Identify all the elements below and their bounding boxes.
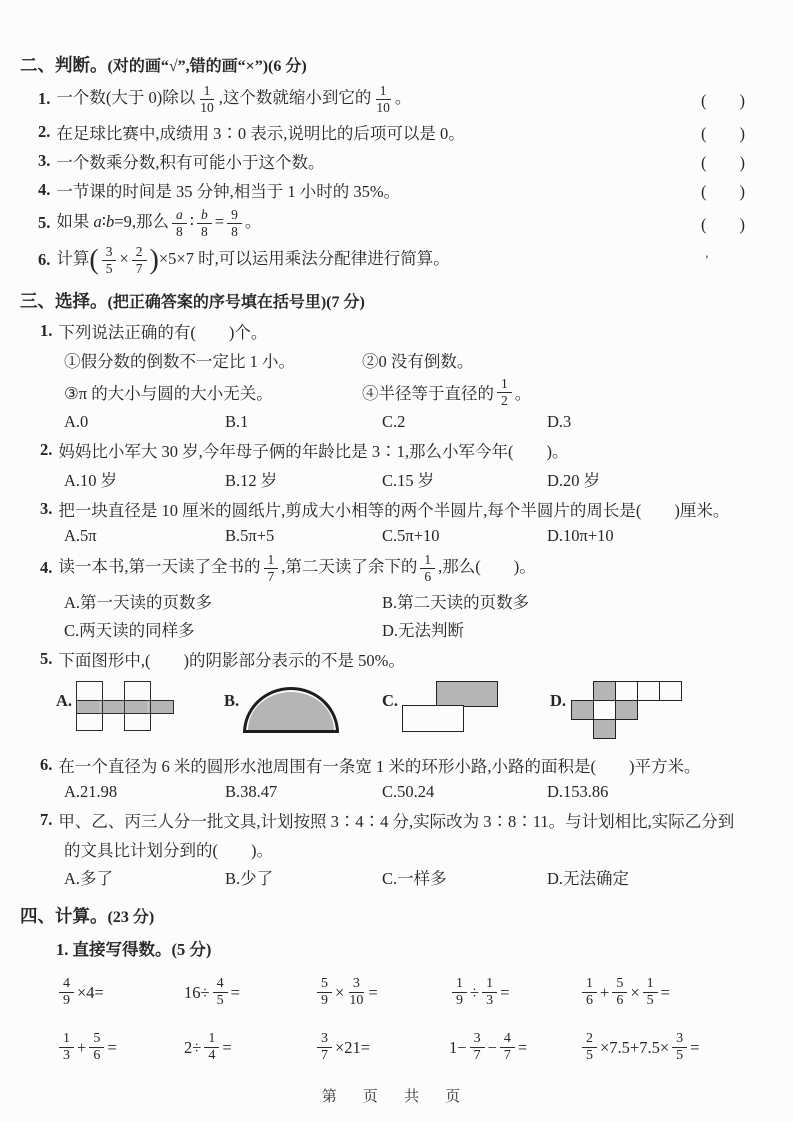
judge-item-1-text: 一个数(大于 0)除以110,这个数就缩小到它的110。	[56, 83, 701, 115]
judge-item-2-text: 在足球比赛中,成绩用 3∶0 表示,说明比的后项可以是 0。	[56, 120, 701, 144]
operator-text: 16÷	[184, 983, 210, 1003]
fraction-denominator: 6	[422, 569, 433, 585]
question-text: 在一个直径为 6 米的圆形水池周围有一条宽 1 米的环形小路,小路的面积是( )…	[58, 753, 700, 777]
fraction-denominator: 5	[674, 1048, 685, 1064]
fraction-numerator: 1	[59, 1031, 74, 1048]
section-choice-note: (把正确答案的序号填在括号里)(7 分)	[108, 294, 365, 311]
choice-q1-options: A.0 B.1 C.2 D.3	[64, 412, 749, 432]
fraction-denominator: 10	[374, 100, 392, 116]
expression-10: 25×7.5+7.5×35=	[579, 1031, 749, 1064]
expression-9: 1−37−47=	[449, 1031, 579, 1064]
fraction: 16	[420, 552, 435, 584]
fraction-denominator: 10	[347, 993, 365, 1009]
answer-bracket: ( )	[701, 87, 745, 111]
section-calc-note: (23 分)	[108, 909, 155, 926]
judge-item-3-text: 一个数乘分数,积有可能小于这个数。	[56, 149, 701, 173]
fraction-numerator: 1	[482, 976, 497, 993]
judge-item-4-text: 一节课的时间是 35 分钟,相当于 1 小时的 35%。	[56, 178, 701, 202]
fraction-numerator: 3	[349, 976, 364, 993]
text-segment: ,第二天读了余下的	[281, 557, 417, 576]
shaded-cell	[593, 719, 616, 739]
fraction-denominator: 6	[91, 1048, 102, 1064]
option-d: D.无法判断	[382, 617, 749, 641]
operator-text: =	[661, 983, 670, 1003]
fraction: 12	[497, 376, 512, 408]
judge-item-1: 1. 一个数(大于 0)除以110,这个数就缩小到它的110。 ( )	[20, 83, 749, 115]
fraction-denominator: 7	[472, 1048, 483, 1064]
choice-q1-stem: 1. 下列说法正确的有( )个。	[40, 319, 749, 343]
fraction: 37	[317, 1031, 332, 1064]
fraction-denominator: 9	[61, 993, 72, 1009]
option-c: C.一样多	[382, 865, 547, 889]
expression-1: 49×4=	[56, 976, 184, 1009]
option-c: C.5π+10	[382, 526, 547, 546]
operator-text: ÷	[470, 983, 479, 1003]
option-b: B.12 岁	[225, 467, 382, 491]
section-choice-title: 三、选择。	[20, 291, 108, 311]
calc-subheader-text: 1. 直接写得数。	[56, 940, 172, 959]
option-b: B.38.47	[225, 782, 382, 802]
fraction: 45	[213, 976, 228, 1009]
judge-item-6: 6. 计算(35×27)×5×7 时,可以运用乘法分配律进行简算。 ’	[20, 244, 749, 276]
fraction: 15	[643, 976, 658, 1009]
question-text: 读一本书,第一天读了全书的17,第二天读了余下的16,那么( )。	[58, 552, 535, 584]
question-number: 7.	[40, 810, 52, 830]
choice-q6-stem: 6. 在一个直径为 6 米的圆形水池周围有一条宽 1 米的环形小路,小路的面积是…	[40, 753, 749, 777]
text-segment: 如果	[56, 212, 89, 231]
section-judge-title: 二、判断。	[20, 55, 108, 75]
section-calc-header: 四、计算。(23 分)	[20, 903, 749, 928]
section-choice-header: 三、选择。(把正确答案的序号填在括号里)(7 分)	[20, 288, 749, 313]
option-b: B.1	[225, 412, 382, 432]
choice-q7-options: A.多了 B.少了 C.一样多 D.无法确定	[64, 865, 749, 889]
fraction-numerator: 2	[582, 1031, 597, 1048]
option-c: C.2	[382, 412, 547, 432]
fraction-denominator: 2	[499, 393, 510, 409]
substatement-2: ②0 没有倒数。	[362, 348, 660, 372]
fraction-denominator: 10	[198, 100, 216, 116]
choice-q3-options: A.5π B.5π+5 C.5π+10 D.10π+10	[64, 526, 749, 546]
choice-q5-figures: A. B. C. D.	[56, 679, 749, 743]
question-number: 3.	[40, 499, 52, 519]
choice-q2-options: A.10 岁 B.12 岁 C.15 岁 D.20 岁	[64, 467, 749, 491]
question-number: 4.	[40, 558, 52, 578]
substatement-4: ④半径等于直径的12。	[362, 376, 660, 408]
option-b: B.5π+5	[225, 526, 382, 546]
fraction-denominator: 3	[61, 1048, 72, 1064]
fraction-numerator: 3	[672, 1031, 687, 1048]
choice-q6-options: A.21.98 B.38.47 C.50.24 D.153.86	[64, 782, 749, 802]
fraction-denominator: 8	[199, 224, 210, 240]
fraction-numerator: a	[172, 207, 187, 224]
white-rectangle	[402, 705, 464, 732]
fraction-numerator: 4	[59, 976, 74, 993]
text-segment: =9,那么	[114, 212, 169, 231]
fraction-numerator: 4	[213, 976, 228, 993]
fraction: 25	[582, 1031, 597, 1064]
text-segment: ×5×7 时,可以运用乘法分配律进行简算。	[159, 249, 450, 268]
option-a: A.0	[64, 412, 225, 432]
fraction-numerator: 1	[376, 83, 391, 100]
substatement-1: ①假分数的倒数不一定比 1 小。	[64, 348, 362, 372]
option-d: D.20 岁	[547, 467, 749, 491]
exam-page: 二、判断。(对的画“√”,错的画“×”)(6 分) 1. 一个数(大于 0)除以…	[0, 0, 793, 1122]
fraction-denominator: 7	[319, 1048, 330, 1064]
fraction: 19	[452, 976, 467, 1009]
fraction: a8	[172, 207, 187, 239]
fraction-denominator: 5	[104, 261, 115, 277]
calc-subheader-note: (5 分)	[172, 940, 212, 959]
fraction-denominator: 7	[502, 1048, 513, 1064]
text-segment: 。	[395, 88, 412, 107]
judge-item-3: 3. 一个数乘分数,积有可能小于这个数。 ( )	[20, 149, 749, 173]
fraction: 13	[482, 976, 497, 1009]
choice-q3-stem: 3. 把一块直径是 10 厘米的圆纸片,剪成大小相等的两个半圆片,每个半圆片的周…	[40, 497, 749, 521]
text-segment: 计算	[56, 249, 89, 268]
figure-a-box-net-diagram	[76, 681, 176, 733]
option-a: A.10 岁	[64, 467, 225, 491]
fraction-denominator: 3	[484, 993, 495, 1009]
choice-q4-options-row2: C.两天读的同样多 D.无法判断	[64, 617, 749, 641]
operator-text: ×4=	[77, 983, 104, 1003]
white-cell	[659, 681, 682, 701]
fraction-numerator: 5	[612, 976, 627, 993]
item-number: 4.	[38, 180, 50, 200]
operator-text: 2÷	[184, 1038, 201, 1058]
fraction: 110	[198, 83, 216, 115]
option-d: D.153.86	[547, 782, 749, 802]
expression-4: 19÷13=	[449, 976, 579, 1009]
variable-a: a	[94, 212, 102, 231]
operator-text: =	[368, 983, 377, 1003]
figure-b-semicircle-diagram	[243, 687, 339, 733]
figure-c-overlapping-rectangles-diagram	[402, 681, 512, 733]
answer-bracket: ( )	[701, 120, 745, 144]
fraction: 14	[204, 1031, 219, 1064]
shaded-cell	[571, 700, 594, 720]
figure-d-group: D.	[550, 679, 749, 743]
choice-q7-stem-line1: 7. 甲、乙、丙三人分一批文具,计划按照 3∶4∶4 分,实际改为 3∶8∶11…	[40, 808, 749, 832]
fraction-numerator: 1	[264, 552, 279, 569]
figure-b-label: B.	[224, 691, 239, 711]
text-segment: ④半径等于直径的	[362, 380, 494, 404]
expression-6: 13+56=	[56, 1031, 184, 1064]
substatement-3: ③π 的大小与圆的大小无关。	[64, 380, 362, 404]
fraction: b8	[197, 207, 212, 239]
option-c: C.两天读的同样多	[64, 617, 382, 641]
expression-7: 2÷14=	[184, 1031, 314, 1064]
item-number: 3.	[38, 151, 50, 171]
section-judge-note: (对的画“√”,错的画“×”)(6 分)	[108, 58, 307, 75]
semicircle-outline	[243, 687, 339, 733]
choice-q1-substatements-row1: ①假分数的倒数不一定比 1 小。 ②0 没有倒数。	[64, 348, 749, 372]
fraction-denominator: 5	[645, 993, 656, 1009]
figure-d-label: D.	[550, 691, 566, 711]
expression-8: 37×21=	[314, 1031, 449, 1064]
text-segment: 一个数(大于 0)除以	[56, 88, 195, 107]
fraction-numerator: 1	[452, 976, 467, 993]
fraction-numerator: 3	[470, 1031, 485, 1048]
option-a: A.5π	[64, 526, 225, 546]
fraction: 35	[672, 1031, 687, 1064]
equals-sign: =	[215, 212, 224, 231]
figure-c-label: C.	[382, 691, 398, 711]
option-c: C.15 岁	[382, 467, 547, 491]
fraction-numerator: 1	[643, 976, 658, 993]
fraction: 13	[59, 1031, 74, 1064]
calc-subheader: 1. 直接写得数。(5 分)	[56, 936, 749, 960]
question-text: 妈妈比小军大 30 岁,今年母子俩的年龄比是 3∶1,那么小军今年( )。	[58, 438, 568, 462]
judge-item-4: 4. 一节课的时间是 35 分钟,相当于 1 小时的 35%。 ( )	[20, 178, 749, 202]
vertical-rectangle	[76, 681, 103, 731]
fraction-denominator: 7	[266, 569, 277, 585]
choice-q7-stem-line2: 的文具比计划分到的( )。	[64, 837, 749, 861]
expression-3: 59×310=	[314, 976, 449, 1009]
question-number: 2.	[40, 440, 52, 460]
shaded-rectangle	[436, 681, 498, 707]
expression-5: 16+56×15=	[579, 976, 749, 1009]
fraction-denominator: 9	[454, 993, 465, 1009]
operator-text: ×	[335, 983, 344, 1003]
fraction: 59	[317, 976, 332, 1009]
section-judge-header: 二、判断。(对的画“√”,错的画“×”)(6 分)	[20, 52, 749, 77]
fraction: 98	[227, 207, 242, 239]
question-number: 6.	[40, 755, 52, 775]
text-segment: 。	[245, 212, 262, 231]
item-number: 6.	[38, 250, 50, 270]
option-c: C.50.24	[382, 782, 547, 802]
judge-item-6-text: 计算(35×27)×5×7 时,可以运用乘法分配律进行简算。	[56, 244, 704, 276]
figure-b-group: B.	[224, 679, 382, 733]
fraction-denominator: 5	[584, 1048, 595, 1064]
option-d: D.无法确定	[547, 865, 749, 889]
fraction-numerator: 9	[227, 207, 242, 224]
fraction-numerator: 1	[420, 552, 435, 569]
option-b: B.少了	[225, 865, 382, 889]
section-calc-title: 四、计算。	[20, 906, 108, 926]
operator-text: =	[222, 1038, 231, 1058]
fraction: 310	[347, 976, 365, 1009]
choice-q4-stem: 4. 读一本书,第一天读了全书的17,第二天读了余下的16,那么( )。	[40, 552, 749, 584]
text-segment: 读一本书,第一天读了全书的	[58, 557, 260, 576]
choice-q2-stem: 2. 妈妈比小军大 30 岁,今年母子俩的年龄比是 3∶1,那么小军今年( )。	[40, 438, 749, 462]
operator-text: ×21=	[335, 1038, 370, 1058]
stray-mark: ’	[705, 252, 709, 268]
operator-text: 1−	[449, 1038, 467, 1058]
fraction: 17	[264, 552, 279, 584]
question-text: 下面图形中,( )的阴影部分表示的不是 50%。	[58, 647, 404, 671]
item-number: 2.	[38, 122, 50, 142]
fraction: 35	[102, 244, 117, 276]
fraction: 49	[59, 976, 74, 1009]
fraction-numerator: 1	[204, 1031, 219, 1048]
answer-bracket: ( )	[701, 178, 745, 202]
figure-a-group: A.	[56, 679, 224, 733]
option-d: D.3	[547, 412, 749, 432]
shaded-cell	[593, 681, 616, 701]
fraction-numerator: 5	[317, 976, 332, 993]
white-cell	[615, 681, 638, 701]
judge-item-5: 5. 如果 a∶b=9,那么a8∶b8=98。 ( )	[20, 207, 749, 239]
option-d: D.10π+10	[547, 526, 749, 546]
fraction-numerator: b	[197, 207, 212, 224]
option-a: A.第一天读的页数多	[64, 589, 382, 613]
calc-row-1: 49×4= 16÷45= 59×310= 19÷13= 16+56×15=	[56, 976, 749, 1009]
answer-bracket: ( )	[701, 149, 745, 173]
vertical-rectangle	[124, 681, 151, 731]
white-cell	[593, 700, 616, 720]
fraction: 27	[132, 244, 147, 276]
calc-row-2: 13+56= 2÷14= 37×21= 1−37−47= 25×7.5+7.5×…	[56, 1031, 749, 1064]
fraction-denominator: 9	[319, 993, 330, 1009]
fraction: 47	[500, 1031, 515, 1064]
expression-2: 16÷45=	[184, 976, 314, 1009]
fraction-denominator: 7	[134, 261, 145, 277]
fraction-denominator: 5	[215, 993, 226, 1009]
item-number: 5.	[38, 213, 50, 233]
white-cell	[637, 681, 660, 701]
question-text: 把一块直径是 10 厘米的圆纸片,剪成大小相等的两个半圆片,每个半圆片的周长是(…	[58, 497, 729, 521]
fraction-numerator: 5	[89, 1031, 104, 1048]
shaded-cell	[615, 700, 638, 720]
right-paren: )	[150, 244, 159, 275]
operator-text: +	[600, 983, 609, 1003]
times-sign: ×	[119, 249, 128, 268]
text-segment: 。	[515, 380, 532, 404]
fraction-numerator: 1	[200, 83, 215, 100]
choice-q1-substatements-row2: ③π 的大小与圆的大小无关。 ④半径等于直径的12。	[64, 376, 749, 408]
operator-text: =	[500, 983, 509, 1003]
question-text: 甲、乙、丙三人分一批文具,计划按照 3∶4∶4 分,实际改为 3∶8∶11。与计…	[58, 808, 734, 832]
text-segment: ,那么( )。	[438, 557, 536, 576]
question-number: 1.	[40, 321, 52, 341]
text-segment: ,这个数就缩小到它的	[219, 88, 372, 107]
figure-c-group: C.	[382, 679, 550, 733]
operator-text: −	[488, 1038, 497, 1058]
option-a: A.21.98	[64, 782, 225, 802]
operator-text: +	[77, 1038, 86, 1058]
fraction-numerator: 4	[500, 1031, 515, 1048]
fraction-numerator: 1	[497, 376, 512, 393]
left-paren: (	[89, 244, 98, 275]
fraction: 16	[582, 976, 597, 1009]
fraction: 56	[612, 976, 627, 1009]
choice-q5-stem: 5. 下面图形中,( )的阴影部分表示的不是 50%。	[40, 647, 749, 671]
operator-text: =	[107, 1038, 116, 1058]
fraction: 37	[470, 1031, 485, 1064]
option-b: B.第二天读的页数多	[382, 589, 749, 613]
judge-item-5-text: 如果 a∶b=9,那么a8∶b8=98。	[56, 207, 701, 239]
operator-text: =	[518, 1038, 527, 1058]
judge-item-2: 2. 在足球比赛中,成绩用 3∶0 表示,说明比的后项可以是 0。 ( )	[20, 120, 749, 144]
fraction-denominator: 4	[206, 1048, 217, 1064]
figure-a-label: A.	[56, 691, 72, 711]
figure-d-squares-grid-diagram	[570, 681, 690, 743]
item-number: 1.	[38, 89, 50, 109]
choice-q4-options-row1: A.第一天读的页数多 B.第二天读的页数多	[64, 589, 749, 613]
operator-text: ×	[630, 983, 639, 1003]
fraction-denominator: 6	[614, 993, 625, 1009]
fraction-numerator: 3	[317, 1031, 332, 1048]
option-a: A.多了	[64, 865, 225, 889]
fraction-denominator: 6	[584, 993, 595, 1009]
fraction: 56	[89, 1031, 104, 1064]
ratio-colon: ∶	[190, 212, 194, 231]
operator-text: =	[690, 1038, 699, 1058]
fraction-numerator: 2	[132, 244, 147, 261]
fraction-denominator: 8	[174, 224, 185, 240]
fraction-numerator: 1	[582, 976, 597, 993]
operator-text: =	[231, 983, 240, 1003]
fraction: 110	[374, 83, 392, 115]
fraction-numerator: 3	[102, 244, 117, 261]
operator-text: ×7.5+7.5×	[600, 1038, 669, 1058]
answer-bracket: ( )	[701, 211, 745, 235]
fraction-denominator: 8	[229, 224, 240, 240]
question-number: 5.	[40, 649, 52, 669]
question-text: 下列说法正确的有( )个。	[58, 319, 267, 343]
page-footer: 第 页 共 页	[0, 1085, 793, 1106]
